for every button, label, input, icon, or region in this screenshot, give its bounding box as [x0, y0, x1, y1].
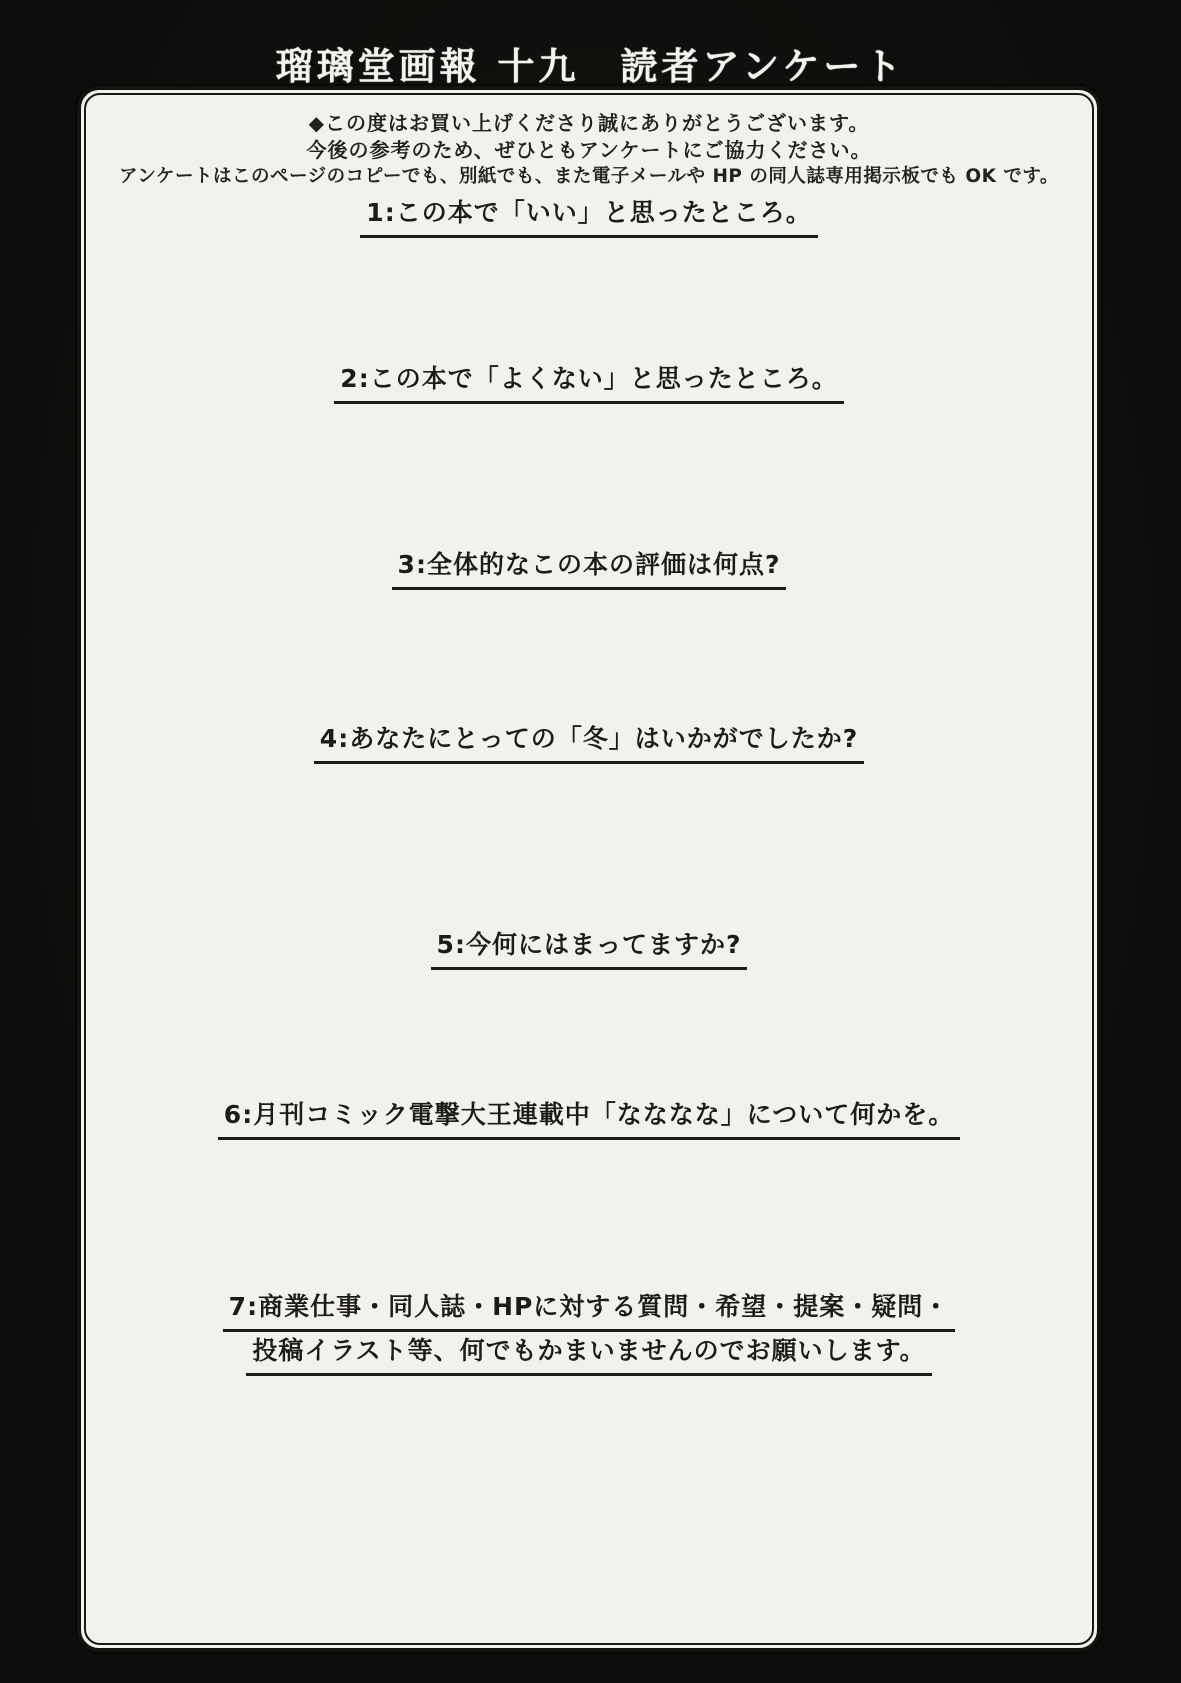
survey-paper: ◆この度はお買い上げくださり誠にありがとうございます。 今後の参考のため、ぜひと…	[77, 86, 1101, 1652]
question-4-text: 4:あなたにとっての「冬」はいかがでしたか?	[314, 722, 864, 764]
question-3: 3:全体的なこの本の評価は何点?	[81, 548, 1097, 590]
intro-block: ◆この度はお買い上げくださり誠にありがとうございます。 今後の参考のため、ぜひと…	[81, 110, 1097, 190]
page-title: 瑠璃堂画報 十九 読者アンケート	[0, 36, 1181, 90]
question-3-text: 3:全体的なこの本の評価は何点?	[392, 548, 787, 590]
scanned-page: 瑠璃堂画報 十九 読者アンケート ◆この度はお買い上げくださり誠にありがとうござ…	[0, 0, 1181, 1683]
question-7-text-line-2: 投稿イラスト等、何でもかまいませんのでお願いします。	[246, 1334, 931, 1376]
intro-request-line: 今後の参考のため、ぜひともアンケートにご協力ください。	[81, 137, 1097, 164]
question-2: 2:この本で「よくない」と思ったところ。	[81, 362, 1097, 404]
question-2-text: 2:この本で「よくない」と思ったところ。	[334, 362, 843, 404]
question-7-text-line-1: 7:商業仕事・同人誌・HPに対する質問・希望・提案・疑問・	[223, 1290, 956, 1332]
intro-thanks-line: ◆この度はお買い上げくださり誠にありがとうございます。	[81, 110, 1097, 137]
paper-inner-border	[84, 93, 1094, 1645]
question-1-text: 1:この本で「いい」と思ったところ。	[360, 196, 817, 238]
question-5: 5:今何にはまってますか?	[81, 928, 1097, 970]
question-6-text: 6:月刊コミック電撃大王連載中「なななな」について何かを。	[218, 1098, 960, 1140]
question-6: 6:月刊コミック電撃大王連載中「なななな」について何かを。	[81, 1098, 1097, 1140]
question-1: 1:この本で「いい」と思ったところ。	[81, 196, 1097, 238]
question-5-text: 5:今何にはまってますか?	[431, 928, 748, 970]
question-4: 4:あなたにとっての「冬」はいかがでしたか?	[81, 722, 1097, 764]
intro-submission-methods-line: アンケートはこのページのコピーでも、別紙でも、また電子メールや HP の同人誌専…	[81, 164, 1097, 190]
question-7: 7:商業仕事・同人誌・HPに対する質問・希望・提案・疑問・ 投稿イラスト等、何で…	[81, 1290, 1097, 1378]
